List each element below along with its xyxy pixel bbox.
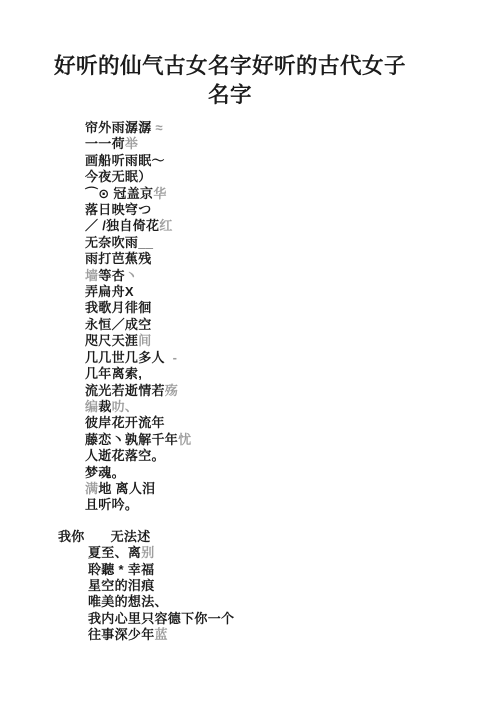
text-segment: 地 离人泪 <box>98 481 155 496</box>
second-name-list: 我你无法述夏至、离别聆聽 * 幸福星空的泪痕唯美的想法、我内心里只容德下你一个往… <box>0 529 460 644</box>
text-segment: 我歌月徘徊 <box>85 300 152 315</box>
text-segment: 永恒／成空 <box>85 317 152 332</box>
list-line: 唯美的想法、 <box>88 594 460 610</box>
text-segment: 我你 <box>58 529 85 545</box>
muted-text-segment: ≈ <box>155 120 162 135</box>
text-segment: 弄扁舟X <box>85 284 134 299</box>
muted-text-segment: 叻、 <box>112 399 139 414</box>
list-line: 咫尺天涯间 <box>85 333 460 349</box>
list-line: 一一荷举 <box>85 136 460 152</box>
list-line: 满地 离人泪 <box>85 481 460 497</box>
text-segment: 往事深少年 <box>88 627 155 642</box>
list-line: 几几世几多人 - <box>85 350 460 366</box>
muted-text-segment: 别 <box>141 545 154 560</box>
list-line: 编裁叻、 <box>85 399 460 415</box>
list-line: 雨打芭蕉残 <box>85 251 460 267</box>
text-segment: 一一荷 <box>85 136 125 151</box>
text-segment: 等杏 <box>98 268 125 283</box>
text-segment: 我内心里只容德下你一个 <box>88 611 234 626</box>
text-segment: 几年离索, <box>85 366 142 381</box>
document-page: 好听的仙气古女名字好听的古代女子名字 帘外雨潺潺 ≈一一荷举画船听雨眠～今夜无眠… <box>0 0 500 708</box>
list-line: 无奈吹雨__ <box>85 235 460 251</box>
list-line: 往事深少年蓝 <box>88 627 460 643</box>
list-line: 我你无法述 <box>88 529 460 545</box>
list-line: 帘外雨潺潺 ≈ <box>85 120 460 136</box>
list-line: 流光若逝情若殇 <box>85 383 460 399</box>
list-line: 我内心里只容德下你一个 <box>88 611 460 627</box>
text-segment: 几几世几多人 <box>85 350 165 365</box>
text-segment: 无法述 <box>111 529 151 544</box>
list-line: 梦魂。 <box>85 465 460 481</box>
muted-text-segment: 华 <box>153 186 166 201</box>
muted-text-segment: 蓝 <box>155 627 168 642</box>
list-line: 今夜无眠） <box>85 169 460 185</box>
list-line: 藤恋丶孰解千年忧 <box>85 432 460 448</box>
text-segment: 落日映穹つ <box>85 202 152 217</box>
muted-text-segment: - <box>165 350 177 365</box>
text-segment: ⌒⊙ 冠盖京 <box>85 186 153 201</box>
text-segment: 帘外雨潺潺 <box>85 120 155 135</box>
text-segment: 且听吟。 <box>85 497 138 512</box>
text-segment: 雨打芭蕉残 <box>85 251 152 266</box>
muted-text-segment: 举 <box>125 136 138 151</box>
page-title: 好听的仙气古女名字好听的古代女子名字 <box>54 52 406 110</box>
text-segment: 聆聽 * 幸福 <box>88 562 154 577</box>
text-segment: 梦魂。 <box>85 465 125 480</box>
muted-text-segment: 满 <box>85 481 98 496</box>
muted-text-segment: 墙 <box>85 268 98 283</box>
list-line: 墙等杏丶 <box>85 268 460 284</box>
list-line: 聆聽 * 幸福 <box>88 562 460 578</box>
document-content: 好听的仙气古女名字好听的古代女子名字 帘外雨潺潺 ≈一一荷举画船听雨眠～今夜无眠… <box>0 0 460 644</box>
muted-text-segment: 间 <box>138 333 151 348</box>
text-segment: 彼岸花开流年 <box>85 415 165 430</box>
name-list: 帘外雨潺潺 ≈一一荷举画船听雨眠～今夜无眠）⌒⊙ 冠盖京华落日映穹つ／ /独自倚… <box>0 120 460 514</box>
muted-text-segment: 红 <box>159 218 172 233</box>
list-line: 人逝花落空。 <box>85 448 460 464</box>
list-line: ／ /独自倚花红 <box>85 218 460 234</box>
list-line: 弄扁舟X <box>85 284 460 300</box>
text-segment: 画船听雨眠～ <box>85 153 165 168</box>
list-line: 画船听雨眠～ <box>85 153 460 169</box>
text-segment: 裁 <box>98 399 111 414</box>
text-segment: 咫尺天涯 <box>85 333 138 348</box>
text-segment: ／ /独自倚花 <box>85 218 159 233</box>
list-line: 落日映穹つ <box>85 202 460 218</box>
list-line: 永恒／成空 <box>85 317 460 333</box>
text-segment: 夏至、离 <box>88 545 141 560</box>
text-segment: 藤恋丶孰解千年 <box>85 432 178 447</box>
text-segment: 人逝花落空。 <box>85 448 165 463</box>
list-line: 彼岸花开流年 <box>85 415 460 431</box>
list-line: 夏至、离别 <box>88 545 460 561</box>
list-line: 星空的泪痕 <box>88 578 460 594</box>
text-segment: 今夜无眠） <box>85 169 152 184</box>
muted-text-segment: 编 <box>85 399 98 414</box>
list-line: 我歌月徘徊 <box>85 300 460 316</box>
list-line: 且听吟。 <box>85 497 460 513</box>
muted-text-segment: 殇 <box>165 383 178 398</box>
muted-text-segment: 丶 <box>125 268 138 283</box>
text-segment: 唯美的想法、 <box>88 594 168 609</box>
text-segment: 流光若逝情若 <box>85 383 165 398</box>
list-line: ⌒⊙ 冠盖京华 <box>85 186 460 202</box>
text-segment: 无奈吹雨__ <box>85 235 153 250</box>
muted-text-segment: 忧 <box>178 432 191 447</box>
list-line: 几年离索, <box>85 366 460 382</box>
text-segment: 星空的泪痕 <box>88 578 155 593</box>
